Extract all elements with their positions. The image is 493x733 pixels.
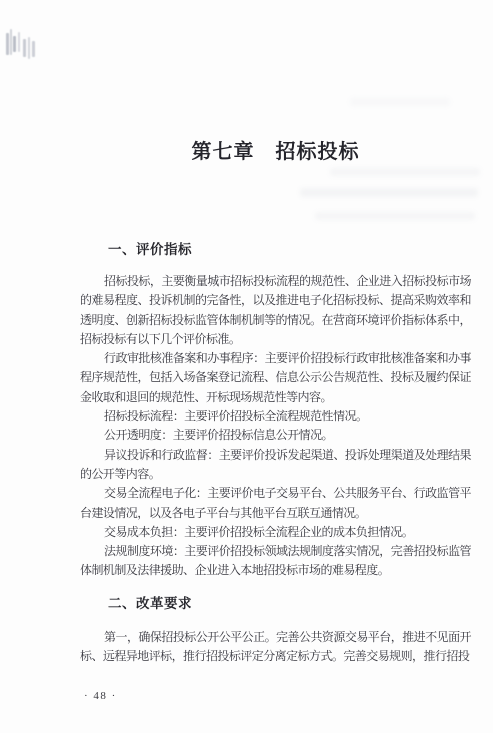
chapter-title: 第七章 招标投标 xyxy=(80,139,471,165)
paragraph: 公开透明度：主要评价招投标信息公开情况。 xyxy=(80,426,471,445)
paragraph: 第一，确保招投标公开公平公正。完善公共资源交易平台，推进不见面开标、远程异地评标… xyxy=(80,628,471,667)
paragraph: 招标投标，主要衡量城市招标投标流程的规范性、企业进入招标投标市场的难易程度、投诉… xyxy=(80,272,471,349)
paragraph: 招标投标流程：主要评价招投标全流程规范性情况。 xyxy=(80,407,471,426)
page-number: · 48 · xyxy=(84,690,117,702)
section-body-reform-requirements: 第一，确保招投标公开公平公正。完善公共资源交易平台，推进不见面开标、远程异地评标… xyxy=(80,628,471,667)
bleed-through-ghost xyxy=(330,168,480,176)
section-body-evaluation-indicators: 招标投标，主要衡量城市招标投标流程的规范性、企业进入招标投标市场的难易程度、投诉… xyxy=(80,272,471,581)
paragraph: 行政审批核准备案和办事程序：主要评价招投标行政审批核准备案和办事程序规范性，包括… xyxy=(80,349,471,407)
paragraph: 交易成本负担：主要评价招投标全流程企业的成本负担情况。 xyxy=(80,523,471,542)
section-heading-evaluation-indicators: 一、评价指标 xyxy=(108,242,192,258)
document-page: 第七章 招标投标 一、评价指标 招标投标，主要衡量城市招标投标流程的规范性、企业… xyxy=(0,0,493,733)
paragraph: 法规制度环境：主要评价招投标领域法规制度落实情况，完善招投标监管体制机制及法律援… xyxy=(80,542,471,581)
paragraph: 异议投诉和行政监督：主要评价投诉发起渠道、投诉处理渠道及处理结果的公开等内容。 xyxy=(80,446,471,485)
bleed-through-ghost xyxy=(300,188,478,197)
bleed-through-ghost xyxy=(350,98,450,106)
scan-smudge-artifact xyxy=(4,29,38,61)
section-heading-reform-requirements: 二、改革要求 xyxy=(108,596,192,612)
paragraph: 交易全流程电子化：主要评价电子交易平台、公共服务平台、行政监管平台建设情况，以及… xyxy=(80,484,471,523)
bleed-through-ghost xyxy=(315,212,475,220)
